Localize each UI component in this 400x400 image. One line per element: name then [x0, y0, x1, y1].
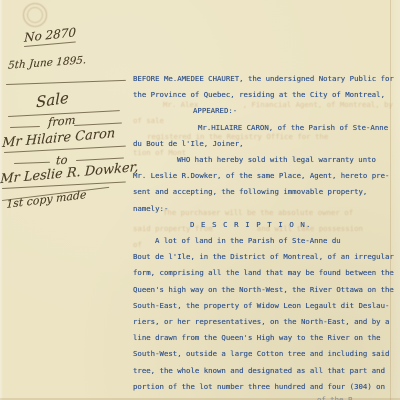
typed-line: A lot of land in the Parish of Ste-Anne … [155, 237, 341, 245]
document-page: No 28705th June 1895.SalefromMr Hilaire … [0, 0, 400, 400]
typed-line: Bout de l'Ile, in the District of Montre… [133, 253, 394, 261]
typed-line: South-East, the property of Widow Leon L… [133, 302, 389, 310]
handwritten-act-date: 5th June 1895. [8, 54, 87, 72]
handwritten-rule [6, 80, 126, 85]
ghost-line: registered in the Registry Office for th… [147, 133, 328, 141]
embossed-seal-icon [23, 3, 47, 27]
ghost-line: said property from and will take possess… [133, 225, 363, 233]
handwritten-rule [10, 126, 40, 128]
typed-line: sent and accepting, the following immova… [133, 188, 367, 196]
ghost-line: Mr. Alex , Financial Agent, of Montreal,… [163, 101, 393, 109]
handwritten-from-label: from [48, 113, 76, 130]
typed-line: riers, or her representatives, on the No… [133, 318, 389, 326]
handwritten-rule [14, 162, 50, 164]
ghost-line: The purchaser will be the absolute owner… [163, 209, 353, 217]
handwritten-act-type: Sale [36, 89, 69, 112]
ghost-line: tion of Mont [133, 149, 186, 157]
typed-line: South-West, outside a large Cotton tree … [133, 350, 389, 358]
page-edge-crease [390, 0, 391, 400]
typed-line: tree, the whole known and designated as … [133, 367, 385, 375]
typed-line: portion of the lot number three hundred … [133, 383, 385, 391]
handwritten-rule [76, 157, 124, 161]
typed-line: Mr. Leslie R.Dowker, of the same Place, … [133, 172, 389, 180]
typed-line: WHO hath hereby sold with legal warranty… [177, 156, 376, 164]
typed-line: BEFORE Me.AMEDEE CHAURET, the undersigne… [133, 75, 394, 83]
ghost-line: of [133, 241, 142, 249]
typed-line: Queen's high way on the North-West, the … [133, 286, 394, 294]
typed-line: form, comprising all the land that may b… [133, 269, 394, 277]
typed-line: line drawn from the Queen's High way to … [133, 334, 381, 342]
handwritten-purchaser-name: Mr Leslie R. Dowker, [0, 160, 139, 187]
ghost-line: of sale [133, 117, 164, 125]
typed-line: the Province of Quebec, residing at the … [133, 91, 385, 99]
